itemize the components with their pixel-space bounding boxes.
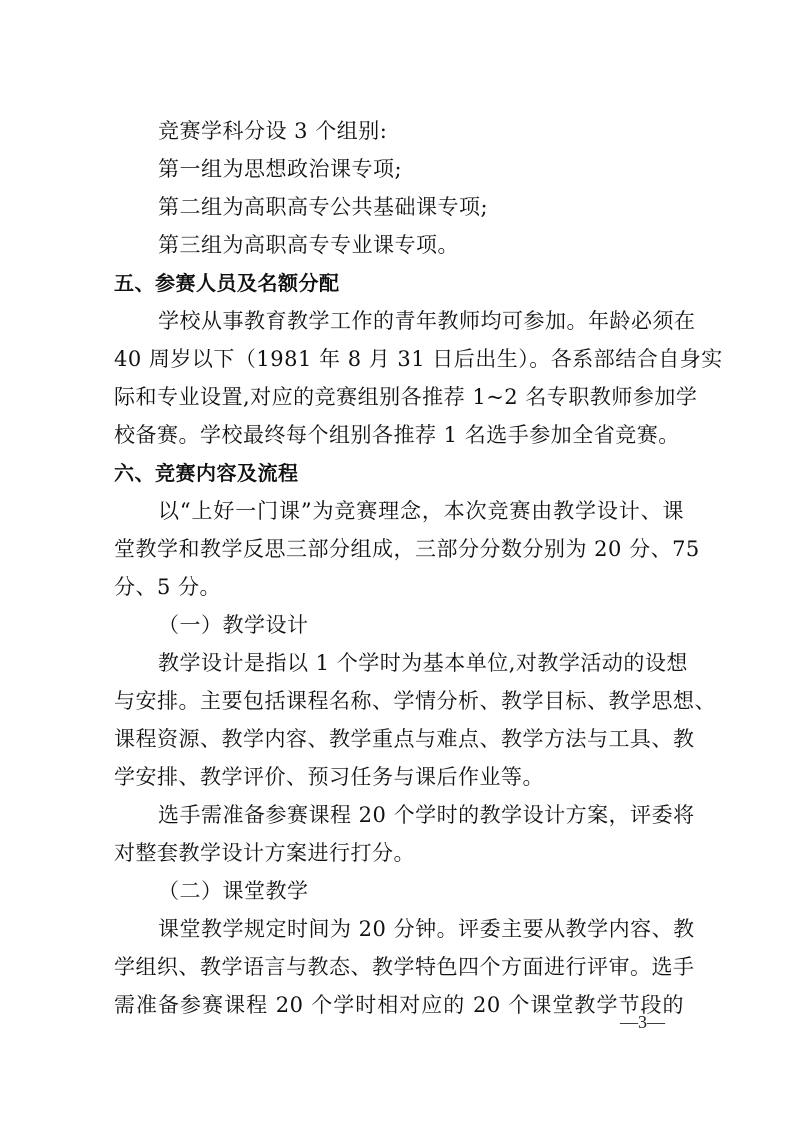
section-heading: 六、竞赛内容及流程 [114, 454, 684, 492]
document-page: 竞赛学科分设 3 个组别:第一组为思想政治课专项;第二组为高职高专公共基础课专项… [114, 112, 684, 1024]
text-line: 第二组为高职高专公共基础课专项; [114, 188, 684, 226]
text-line: 课程资源、教学内容、教学重点与难点、教学方法与工具、教 [114, 720, 684, 758]
text-line: （一）教学设计 [114, 606, 684, 644]
text-line: 分、5 分。 [114, 568, 684, 606]
text-line: 学校从事教育教学工作的青年教师均可参加。年龄必须在 [114, 302, 684, 340]
text-line: 需准备参赛课程 20 个学时相对应的 20 个课堂教学节段的 [114, 986, 684, 1024]
text-line: 40 周岁以下（1981 年 8 月 31 日后出生）。各系部结合自身实 [114, 340, 684, 378]
text-line: 以“上好一门课”为竞赛理念，本次竞赛由教学设计、课 [114, 492, 684, 530]
section-heading: 五、参赛人员及名额分配 [114, 264, 684, 302]
page-number: —3— [620, 1012, 665, 1033]
text-line: 第一组为思想政治课专项; [114, 150, 684, 188]
text-line: 教学设计是指以 1 个学时为基本单位,对教学活动的设想 [114, 644, 684, 682]
text-line: 学安排、教学评价、预习任务与课后作业等。 [114, 758, 684, 796]
text-line: 堂教学和教学反思三部分组成，三部分分数分别为 20 分、75 [114, 530, 684, 568]
text-line: 第三组为高职高专专业课专项。 [114, 226, 684, 264]
text-line: 际和专业设置,对应的竞赛组别各推荐 1~2 名专职教师参加学 [114, 378, 684, 416]
text-line: 校备赛。学校最终每个组别各推荐 1 名选手参加全省竞赛。 [114, 416, 684, 454]
text-line: 选手需准备参赛课程 20 个学时的教学设计方案，评委将 [114, 796, 684, 834]
text-line: 对整套教学设计方案进行打分。 [114, 834, 684, 872]
text-line: （二）课堂教学 [114, 872, 684, 910]
text-line: 与安排。主要包括课程名称、学情分析、教学目标、教学思想、 [114, 682, 684, 720]
text-line: 课堂教学规定时间为 20 分钟。评委主要从教学内容、教 [114, 910, 684, 948]
text-line: 竞赛学科分设 3 个组别: [114, 112, 684, 150]
text-line: 学组织、教学语言与教态、教学特色四个方面进行评审。选手 [114, 948, 684, 986]
